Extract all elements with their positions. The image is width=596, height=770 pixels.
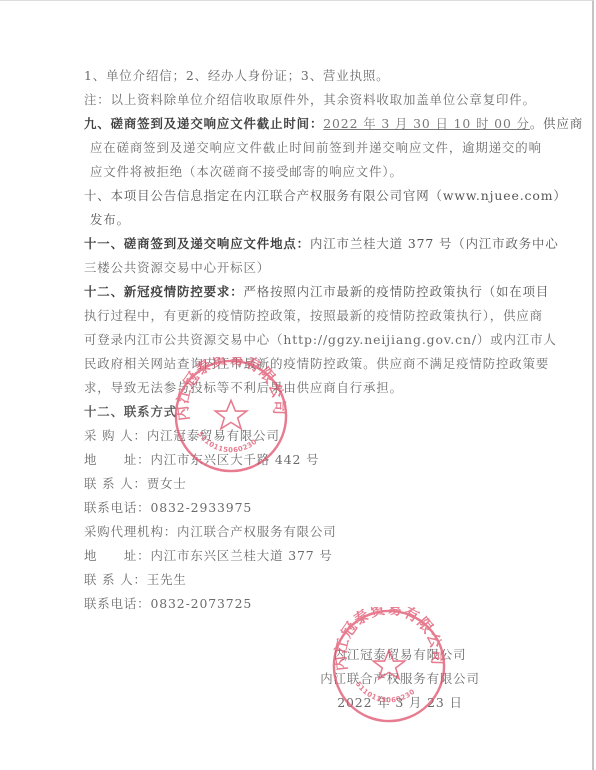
signoff-org-1: 内江冠泰贸易有限公司 — [300, 643, 500, 667]
purchaser-contact-row: 联 系 人：贾女士 — [84, 472, 524, 496]
section-12-body-1: 执行过程中，有更新的疫情防控政策，按照最新的疫情防控政策执行），供应商 — [84, 304, 524, 328]
section-10-announcement: 十、本项目公告信息指定在内江联合产权服务有限公司官网（www.njuee.com… — [84, 184, 524, 208]
purchaser-value: 内江冠泰贸易有限公司 — [147, 428, 280, 443]
agency-phone-value: 0832-2073725 — [150, 596, 252, 611]
materials-note-line: 注：以上资料除单位介绍信收取原件外，其余资料收取加盖单位公章复印件。 — [84, 88, 524, 112]
agency-contact-value: 王先生 — [147, 572, 187, 587]
section-9-heading: 九、磋商签到及递交响应文件截止时间： — [84, 116, 323, 131]
agency-phone-row: 联系电话：0832-2073725 — [84, 592, 524, 616]
signoff-block: 内江冠泰贸易有限公司 内江联合产权服务有限公司 2022 年 3 月 23 日 — [300, 643, 500, 715]
purchaser-phone-label: 联系电话： — [84, 500, 150, 515]
required-materials-line: 1、单位介绍信；2、经办人身份证；3、营业执照。 — [84, 64, 524, 88]
purchaser-contact-label: 联 系 人： — [84, 476, 147, 491]
signoff-date: 2022 年 3 月 23 日 — [300, 691, 500, 715]
purchaser-contact-value: 贾女士 — [147, 476, 187, 491]
section-12-body-2: 可登录内江市公共资源交易中心（http://ggzy.neijiang.gov.… — [84, 328, 524, 352]
section-9-deadline: 九、磋商签到及递交响应文件截止时间：2022 年 3 月 30 日 10 时 0… — [84, 112, 524, 136]
agency-row: 采购代理机构：内江联合产权服务有限公司 — [84, 520, 524, 544]
agency-phone-label: 联系电话： — [84, 596, 150, 611]
deadline-date: 2022 年 3 月 30 日 10 时 00 分 — [323, 116, 530, 131]
purchaser-phone-row: 联系电话：0832-2933975 — [84, 496, 524, 520]
document-page: 1、单位介绍信；2、经办人身份证；3、营业执照。 注：以上资料除单位介绍信收取原… — [0, 0, 594, 770]
section-12-covid: 十二、新冠疫情防控要求：严格按照内江市最新的疫情防控政策执行（如在项目 — [84, 280, 524, 304]
section-11-location: 十一、磋商签到及递交响应文件地点：内江市兰桂大道 377 号（内江市政务中心 — [84, 232, 524, 256]
section-12-body-3: 民政府相关网站查询内江市最新的疫情防控政策。供应商不满足疫情防控政策要 — [84, 352, 524, 376]
purchaser-label: 采 购 人： — [84, 428, 147, 443]
signoff-org-2: 内江联合产权服务有限公司 — [300, 667, 500, 691]
agency-address-label: 地 址： — [84, 548, 150, 563]
section-11-address: 内江市兰桂大道 377 号（内江市政务中心 — [310, 236, 559, 251]
document-body: 1、单位介绍信；2、经办人身份证；3、营业执照。 注：以上资料除单位介绍信收取原… — [84, 64, 524, 616]
purchaser-address-label: 地 址： — [84, 452, 150, 467]
contact-section-heading: 十二、联系方式 — [84, 400, 524, 424]
section-12-body-4: 求，导致无法参与投标等不利后果由供应商自行承担。 — [84, 376, 524, 400]
section-12-heading: 十二、新冠疫情防控要求： — [84, 284, 244, 299]
purchaser-address-row: 地 址：内江市东兴区大千路 442 号 — [84, 448, 524, 472]
agency-address-row: 地 址：内江市东兴区兰桂大道 377 号 — [84, 544, 524, 568]
purchaser-phone-value: 0832-2933975 — [150, 500, 252, 515]
section-9-tail: 。供应商 — [530, 116, 583, 131]
agency-address-value: 内江市东兴区兰桂大道 377 号 — [150, 548, 332, 563]
agency-value: 内江联合产权服务有限公司 — [177, 524, 337, 539]
agency-contact-row: 联 系 人：王先生 — [84, 568, 524, 592]
section-9-body-1: 应在磋商签到及递交响应文件截止时间前签到并递交响应文件，逾期递交的响 — [84, 136, 524, 160]
purchaser-row: 采 购 人：内江冠泰贸易有限公司 — [84, 424, 524, 448]
section-12-body-start: 严格按照内江市最新的疫情防控政策执行（如在项目 — [244, 284, 550, 299]
section-11-heading: 十一、磋商签到及递交响应文件地点： — [84, 236, 310, 251]
section-9-body-2: 应文件将被拒绝（本次磋商不接受邮寄的响应文件）。 — [84, 160, 524, 184]
purchaser-address-value: 内江市东兴区大千路 442 号 — [150, 452, 319, 467]
agency-contact-label: 联 系 人： — [84, 572, 147, 587]
section-10-tail: 发布。 — [84, 208, 524, 232]
agency-label: 采购代理机构： — [84, 524, 177, 539]
section-11-address-cont: 三楼公共资源交易中心开标区） — [84, 256, 524, 280]
